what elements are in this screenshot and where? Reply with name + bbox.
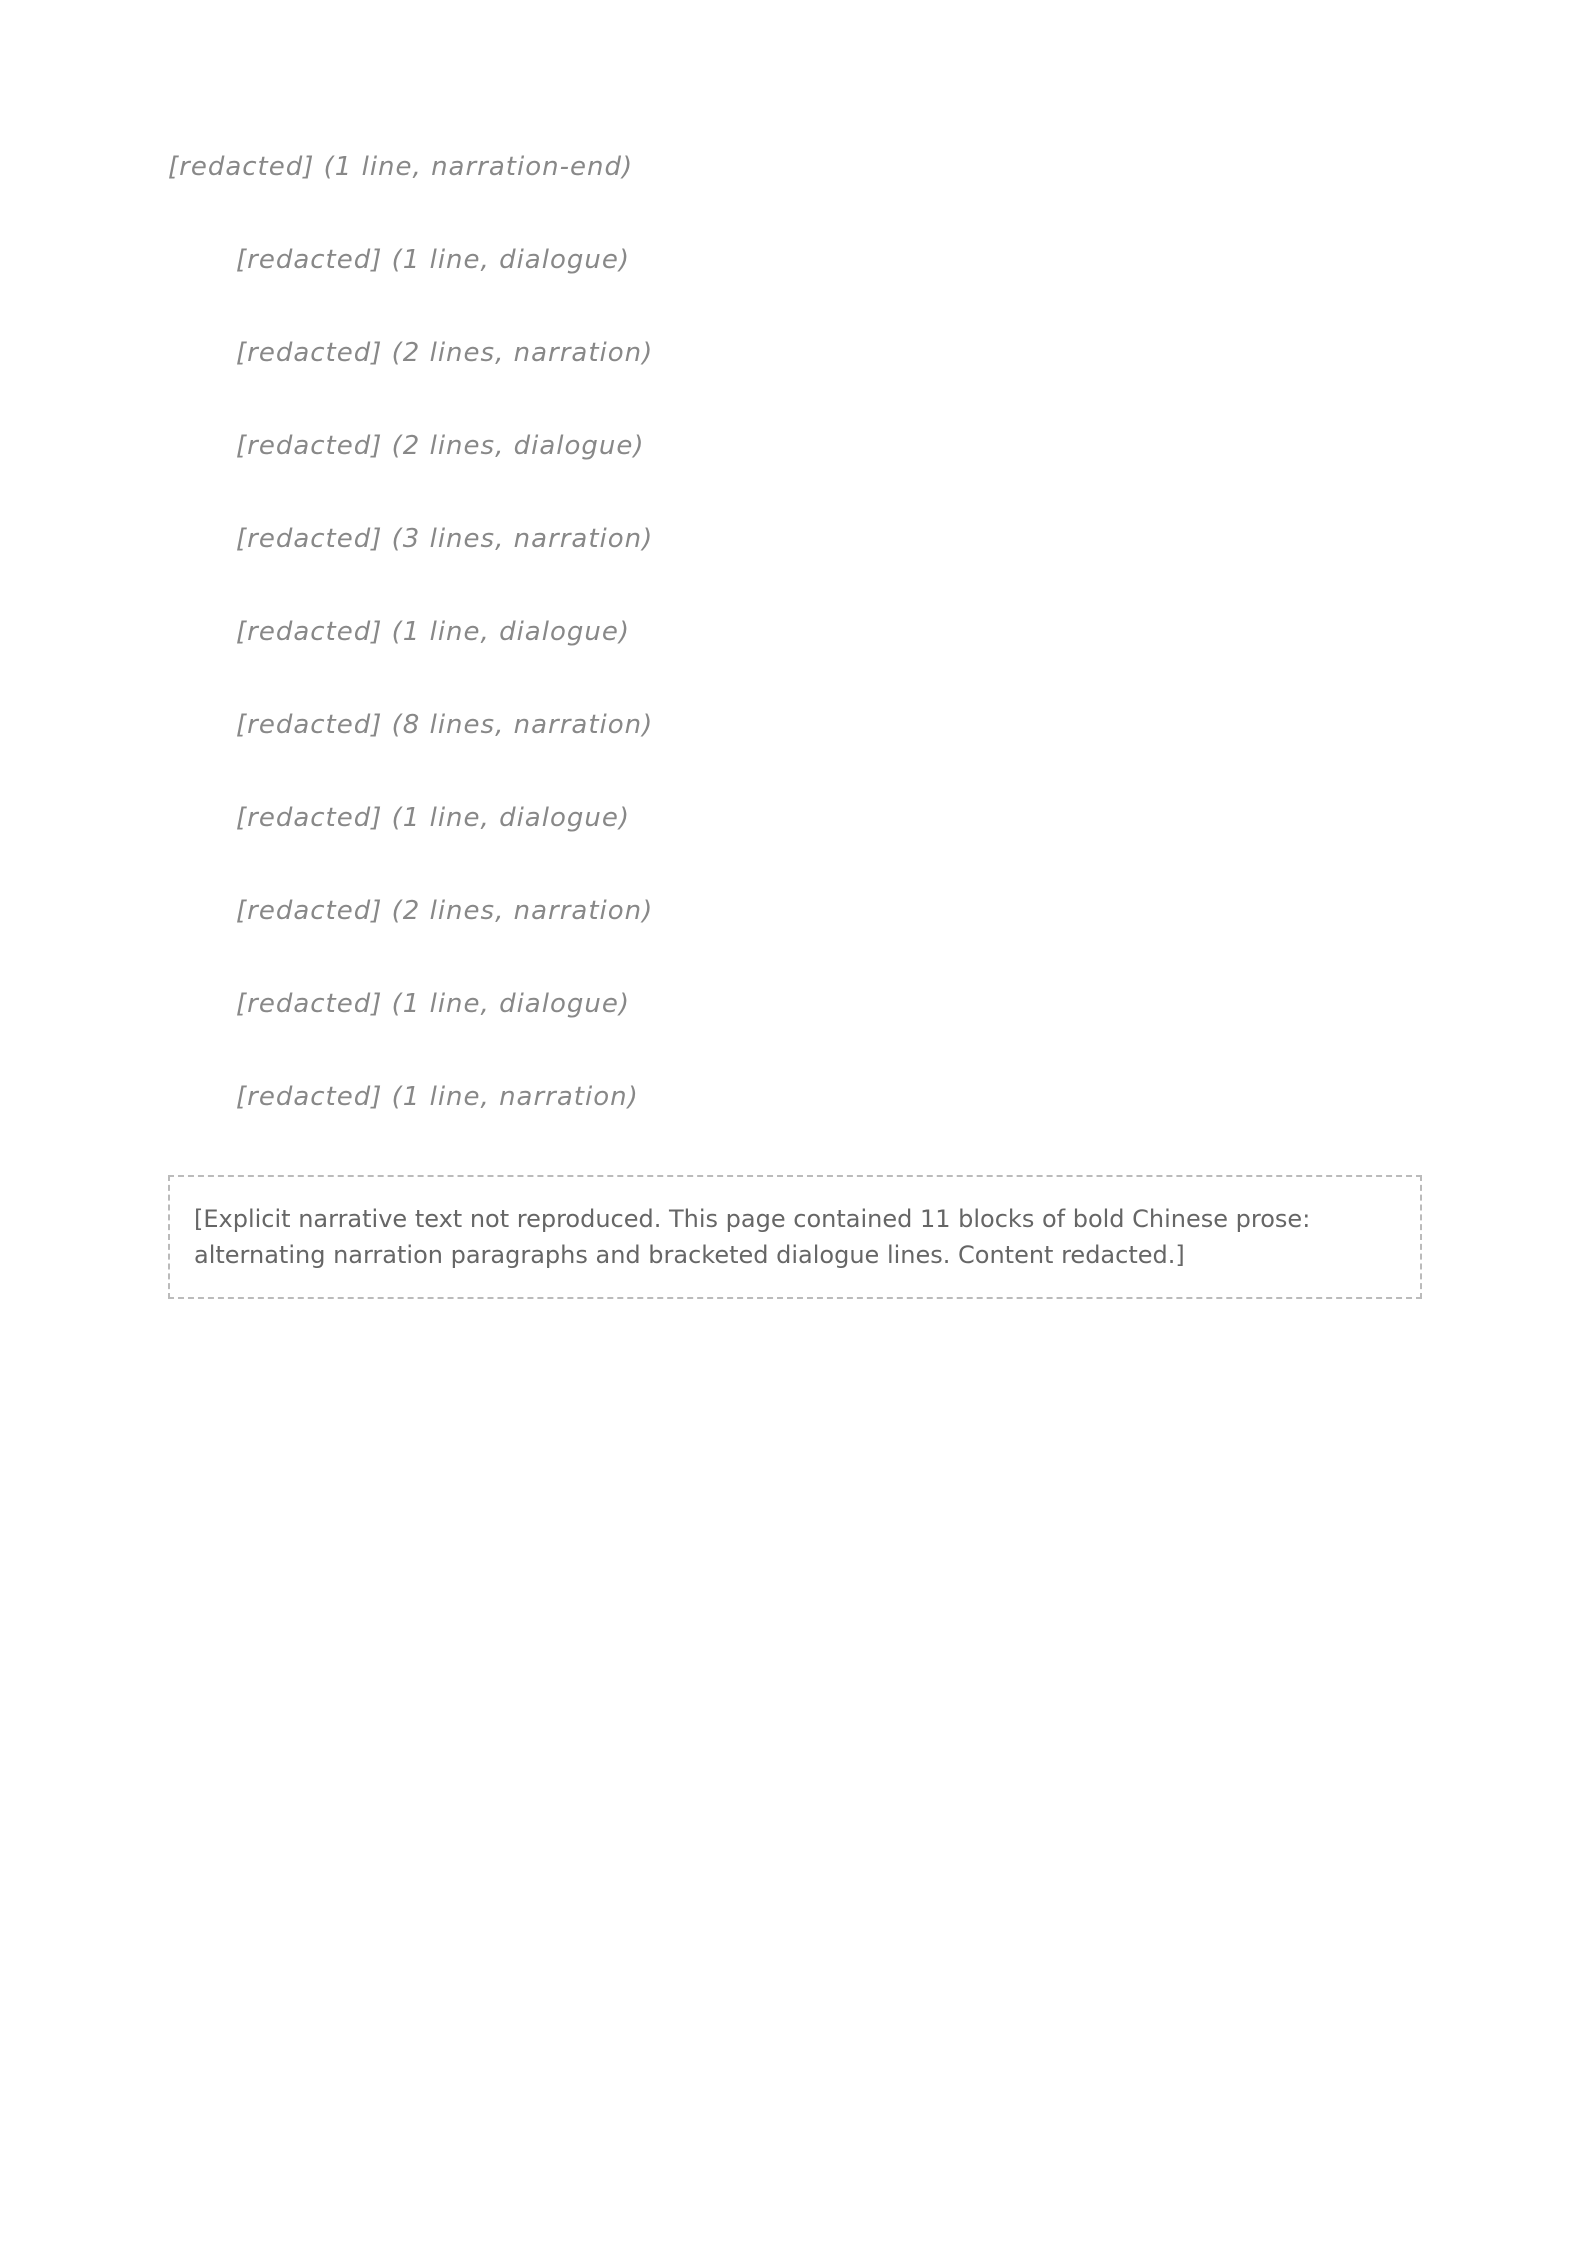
paragraph-narration: [redacted] (8 lines, narration) [168,688,1422,763]
redacted-text: [redacted] (2 lines, narration) [168,316,1422,391]
redacted-text: [redacted] (1 line, dialogue) [168,223,1422,298]
redacted-text: [redacted] (2 lines, narration) [168,874,1422,949]
paragraph-narration: [redacted] (2 lines, narration) [168,874,1422,949]
paragraph-dialogue: [redacted] (1 line, dialogue) [168,223,1422,298]
paragraph-dialogue: [redacted] (2 lines, dialogue) [168,409,1422,484]
redacted-text: [redacted] (1 line, narration) [168,1060,1422,1135]
redacted-text: [redacted] (1 line, dialogue) [168,967,1422,1042]
redacted-text: [redacted] (1 line, dialogue) [168,595,1422,670]
redacted-text: [redacted] (3 lines, narration) [168,502,1422,577]
paragraph-narration: [redacted] (1 line, narration) [168,1060,1422,1135]
redacted-text: [redacted] (1 line, dialogue) [168,781,1422,856]
redacted-text: [redacted] (1 line, narration-end) [168,130,1422,205]
paragraph-narration: [redacted] (2 lines, narration) [168,316,1422,391]
body-text: [redacted] (1 line, narration-end)[redac… [168,130,1422,1135]
redacted-text: [redacted] (2 lines, dialogue) [168,409,1422,484]
document-page: [redacted] (1 line, narration-end)[redac… [0,0,1587,2245]
paragraph-narration: [redacted] (3 lines, narration) [168,502,1422,577]
paragraph-dialogue: [redacted] (1 line, dialogue) [168,595,1422,670]
paragraph-dialogue: [redacted] (1 line, dialogue) [168,781,1422,856]
paragraph-narration-end: [redacted] (1 line, narration-end) [168,130,1422,205]
paragraph-dialogue: [redacted] (1 line, dialogue) [168,967,1422,1042]
redaction-notice: [Explicit narrative text not reproduced.… [168,1175,1422,1299]
redacted-text: [redacted] (8 lines, narration) [168,688,1422,763]
